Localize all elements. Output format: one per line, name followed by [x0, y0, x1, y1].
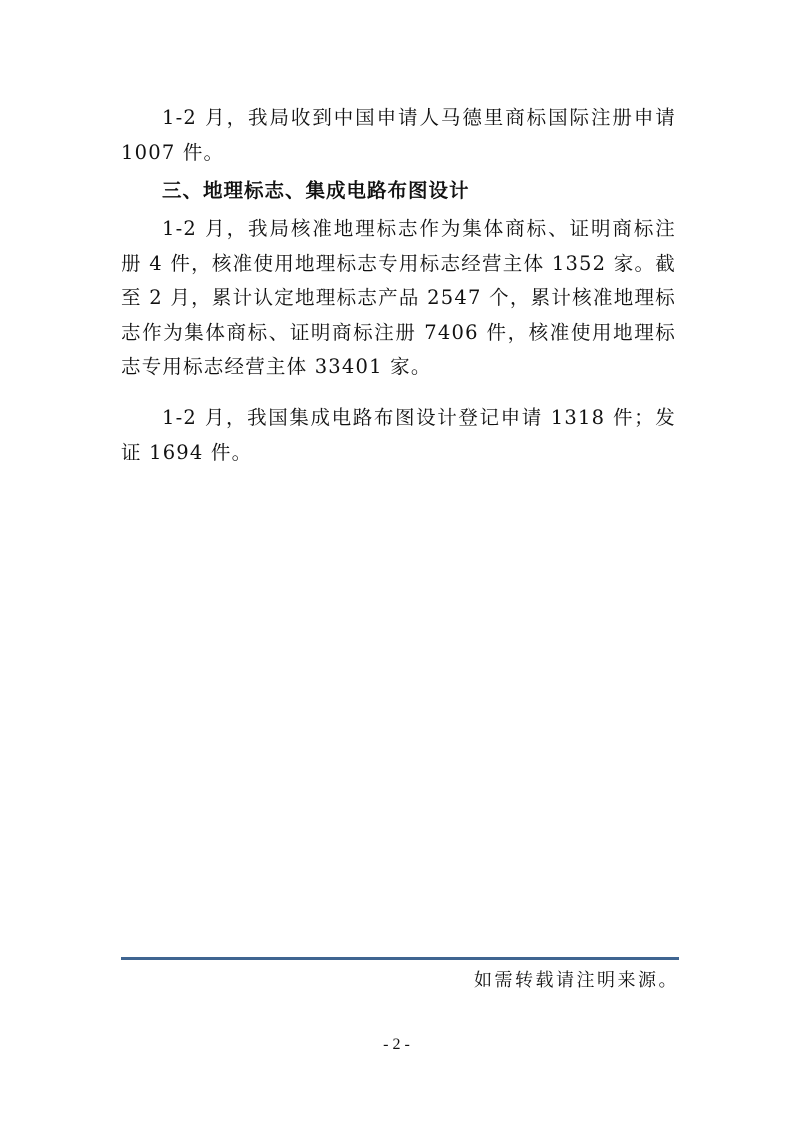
paragraph-integrated-circuit-layout: 1-2 月，我国集成电路布图设计登记申请 1318 件；发证 1694 件。	[121, 401, 676, 470]
paragraph-madrid-applications: 1-2 月，我局收到中国申请人马德里商标国际注册申请 1007 件。	[121, 101, 676, 170]
paragraph-geographical-indications: 1-2 月，我局核准地理标志作为集体商标、证明商标注册 4 件，核准使用地理标志…	[121, 212, 676, 385]
page-number: - 2 -	[0, 1036, 793, 1054]
reprint-note: 如需转载请注明来源。	[474, 966, 679, 996]
section-heading-gi-ic: 三、地理标志、集成电路布图设计	[162, 174, 470, 208]
footer-divider	[121, 957, 679, 960]
document-page: 1-2 月，我局收到中国申请人马德里商标国际注册申请 1007 件。 三、地理标…	[0, 0, 793, 1123]
